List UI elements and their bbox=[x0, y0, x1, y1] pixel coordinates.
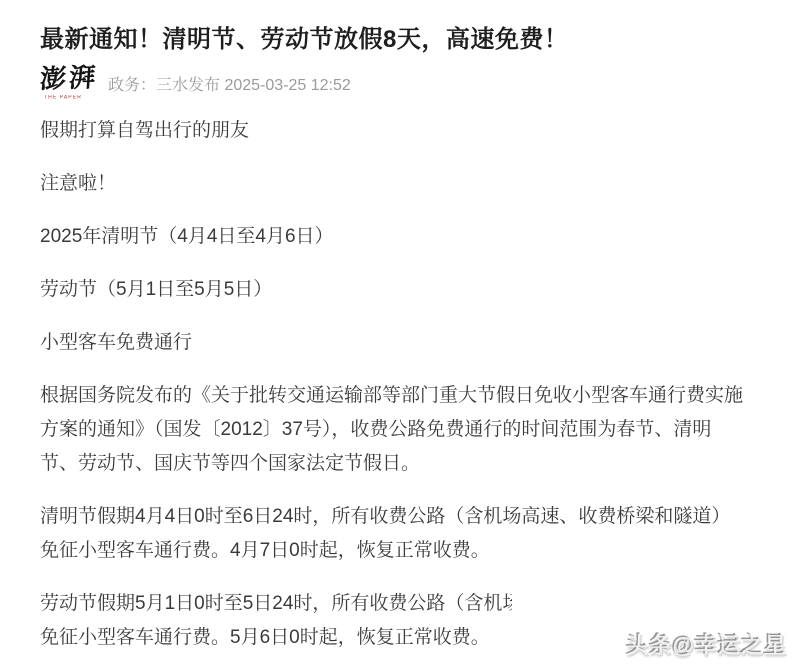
paragraph: 注意啦！ bbox=[40, 167, 765, 201]
paragraph-line: 劳动节（5月1日至5月5日） bbox=[40, 273, 765, 307]
article-page: 最新通知！清明节、劳动节放假8天，高速免费！ 澎湃 THE PAPER 政务：三… bbox=[0, 0, 795, 669]
paragraph-line: 假期打算自驾出行的朋友 bbox=[40, 114, 765, 148]
article-title: 最新通知！清明节、劳动节放假8天，高速免费！ bbox=[40, 25, 765, 55]
watermark: 头条@幸运之星 bbox=[627, 629, 787, 660]
paragraph: 根据国务院发布的《关于批转交通运输部等部门重大节假日免收小型客车通行费实施 方案… bbox=[40, 379, 765, 481]
thepaper-logo[interactable]: 澎湃 THE PAPER bbox=[40, 65, 98, 102]
thepaper-logo-subtext: THE PAPER bbox=[44, 95, 82, 100]
paragraph-line: 2025年清明节（4月4日至4月6日） bbox=[40, 220, 765, 254]
byline-meta: 政务：三水发布 2025-03-25 12:52 bbox=[108, 72, 351, 95]
byline-timestamp: 2025-03-25 12:52 bbox=[224, 77, 350, 94]
thepaper-logo-text: 澎湃 bbox=[39, 63, 99, 94]
paragraph: 清明节假期4月4日0时至6日24时，所有收费公路（含机场高速、收费桥梁和隧道） … bbox=[40, 500, 765, 568]
paragraph-line: 劳动节假期5月1日0时至5日24时，所有收费公路（含机场 bbox=[40, 587, 765, 621]
paragraph: 2025年清明节（4月4日至4月6日） bbox=[40, 220, 765, 254]
paragraph-line: 根据国务院发布的《关于批转交通运输部等部门重大节假日免收小型客车通行费实施 bbox=[40, 379, 765, 413]
paragraph: 假期打算自驾出行的朋友 bbox=[40, 114, 765, 148]
paragraph: 劳动节（5月1日至5月5日） bbox=[40, 273, 765, 307]
paragraph-line: 节、劳动节、国庆节等四个国家法定节假日。 bbox=[40, 447, 765, 481]
clipped-character: 场 bbox=[502, 587, 512, 621]
paragraph-line: 清明节假期4月4日0时至6日24时，所有收费公路（含机场高速、收费桥梁和隧道） bbox=[40, 500, 765, 534]
paragraph-line: 方案的通知》（国发〔2012〕37号），收费公路免费通行的时间范围为春节、清明 bbox=[40, 413, 765, 447]
article-body: 假期打算自驾出行的朋友 注意啦！ 2025年清明节（4月4日至4月6日） 劳动节… bbox=[40, 114, 765, 655]
paragraph-line: 小型客车免费通行 bbox=[40, 326, 765, 360]
paragraph: 小型客车免费通行 bbox=[40, 326, 765, 360]
byline-source: 政务：三水发布 bbox=[108, 77, 220, 94]
paragraph-line-text: 劳动节假期5月1日0时至5日24时，所有收费公路（含机 bbox=[40, 593, 502, 614]
paragraph-line: 免征小型客车通行费。4月7日0时起，恢复正常收费。 bbox=[40, 534, 765, 568]
paragraph-line: 注意啦！ bbox=[40, 167, 765, 201]
byline: 澎湃 THE PAPER 政务：三水发布 2025-03-25 12:52 bbox=[40, 62, 765, 104]
